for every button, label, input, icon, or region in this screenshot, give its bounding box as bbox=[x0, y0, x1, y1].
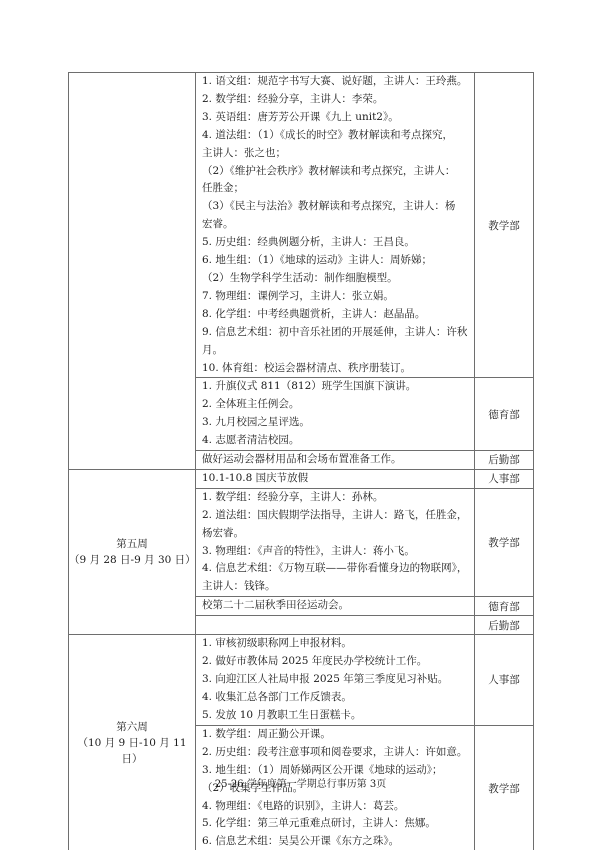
activity-line: 3. 物理组：《声音的特性》，主讲人：蒋小飞。 bbox=[202, 543, 470, 561]
activity-line: 校第二十二届秋季田径运动会。 bbox=[202, 597, 470, 615]
activity-line: 10.1-10.8 国庆节放假 bbox=[202, 470, 470, 488]
activity-line: 10. 体育组：校运会器材清点、秩序册装订。 bbox=[202, 360, 470, 378]
activity-cell bbox=[196, 616, 475, 635]
week-cell: 第六周（10 月 9 日-10 月 11 日） bbox=[69, 635, 196, 850]
activity-line: （2）生物学科学生活动：制作细胞模型。 bbox=[202, 270, 470, 288]
department-cell: 德育部 bbox=[475, 597, 534, 616]
activity-line: （2）《维护社会秩序》教材解读和考点探究，主讲人： bbox=[202, 163, 470, 181]
activity-line: 任胜金； bbox=[202, 180, 470, 198]
activity-cell: 1. 审核初级职称网上申报材料。2. 做好市教体局 2025 年度民办学校统计工… bbox=[196, 635, 475, 726]
activity-line: 2. 数学组：经验分享，主讲人：李荣。 bbox=[202, 91, 470, 109]
activity-line: 4. 信息艺术组：《万物互联——带你看懂身边的物联网》， bbox=[202, 560, 470, 578]
activity-cell: 校第二十二届秋季田径运动会。 bbox=[196, 597, 475, 616]
page-footer: 25-26 学年度第一学期总行事历第 3页 bbox=[0, 775, 601, 790]
activity-line: 6. 信息艺术组：吴昊公开课《东方之珠》。 bbox=[202, 833, 470, 850]
activity-line: 1. 升旗仪式 811（812）班学生国旗下演讲。 bbox=[202, 378, 470, 396]
department-cell: 人事部 bbox=[475, 635, 534, 726]
activity-cell: 1. 升旗仪式 811（812）班学生国旗下演讲。2. 全体班主任例会。3. 九… bbox=[196, 378, 475, 451]
activity-line: 3. 英语组：唐芳芳公开课《九上 unit2》。 bbox=[202, 109, 470, 127]
activity-line: 杨宏睿。 bbox=[202, 525, 470, 543]
activity-line: 2. 做好市教体局 2025 年度民办学校统计工作。 bbox=[202, 653, 470, 671]
activity-line: 3. 向迎江区人社局申报 2025 年第三季度见习补贴。 bbox=[202, 671, 470, 689]
activity-line: 做好运动会器材用品和会场布置准备工作。 bbox=[202, 451, 470, 469]
department-cell: 后勤部 bbox=[475, 451, 534, 470]
activity-line: 1. 审核初级职称网上申报材料。 bbox=[202, 635, 470, 653]
calendar-table: 1. 语文组：规范字书写大赛、说好题，主讲人：王玲燕。2. 数学组：经验分享，主… bbox=[68, 72, 534, 850]
week-date-range: （9 月 28 日-9 月 30 日） bbox=[69, 552, 195, 568]
activity-line: 1. 数学组：经验分享，主讲人：孙林。 bbox=[202, 489, 470, 507]
table-row: 第六周（10 月 9 日-10 月 11 日）1. 审核初级职称网上申报材料。2… bbox=[69, 635, 534, 726]
table-row: 第五周（9 月 28 日-9 月 30 日）10.1-10.8 国庆节放假人事部 bbox=[69, 469, 534, 488]
activity-line: 宏睿。 bbox=[202, 216, 470, 234]
activity-line: 1. 语文组：规范字书写大赛、说好题，主讲人：王玲燕。 bbox=[202, 73, 470, 91]
week-cell: 第五周（9 月 28 日-9 月 30 日） bbox=[69, 469, 196, 634]
activity-cell: 做好运动会器材用品和会场布置准备工作。 bbox=[196, 451, 475, 470]
document-page: 1. 语文组：规范字书写大赛、说好题，主讲人：王玲燕。2. 数学组：经验分享，主… bbox=[0, 0, 601, 850]
activity-line: 1. 数学组：周正勤公开课。 bbox=[202, 726, 470, 744]
department-cell: 教学部 bbox=[475, 73, 534, 378]
activity-line: 8. 化学组：中考经典题赏析，主讲人：赵晶晶。 bbox=[202, 306, 470, 324]
department-cell: 教学部 bbox=[475, 488, 534, 596]
department-cell: 德育部 bbox=[475, 378, 534, 451]
activity-line: 4. 志愿者清洁校园。 bbox=[202, 432, 470, 450]
activity-line: 5. 历史组：经典例题分析，主讲人：王昌良。 bbox=[202, 234, 470, 252]
activity-line: 2. 全体班主任例会。 bbox=[202, 396, 470, 414]
activity-line bbox=[202, 616, 470, 634]
table-row: 1. 语文组：规范字书写大赛、说好题，主讲人：王玲燕。2. 数学组：经验分享，主… bbox=[69, 73, 534, 378]
activity-line: 4. 道法组：（1）《成长的时空》教材解读和考点探究， bbox=[202, 127, 470, 145]
activity-line: 3. 九月校园之星评选。 bbox=[202, 414, 470, 432]
department-cell: 人事部 bbox=[475, 469, 534, 488]
activity-line: （3）《民主与法治》教材解读和考点探究，主讲人：杨 bbox=[202, 198, 470, 216]
activity-line: 主讲人：钱锋。 bbox=[202, 578, 470, 596]
activity-cell: 10.1-10.8 国庆节放假 bbox=[196, 469, 475, 488]
week-date-range: （10 月 9 日-10 月 11 日） bbox=[69, 735, 195, 767]
activity-line: 主讲人：张之也； bbox=[202, 145, 470, 163]
activity-line: 2. 历史组：段考注意事项和阅卷要求，主讲人：许如意。 bbox=[202, 744, 470, 762]
activity-cell: 1. 数学组：经验分享，主讲人：孙林。2. 道法组：国庆假期学法指导，主讲人：路… bbox=[196, 488, 475, 596]
week-cell bbox=[69, 73, 196, 470]
activity-line: 7. 物理组：课例学习，主讲人：张立娟。 bbox=[202, 288, 470, 306]
activity-line: 6. 地生组：（1）《地球的运动》主讲人：周娇娣； bbox=[202, 252, 470, 270]
week-name: 第五周 bbox=[69, 536, 195, 552]
activity-line: 4. 物理组：《电路的识别》，主讲人：葛芸。 bbox=[202, 798, 470, 816]
activity-line: 9. 信息艺术组：初中音乐社团的开展延伸，主讲人：许秋 bbox=[202, 324, 470, 342]
activity-line: 2. 道法组：国庆假期学法指导，主讲人：路飞，任胜金， bbox=[202, 507, 470, 525]
activity-cell: 1. 语文组：规范字书写大赛、说好题，主讲人：王玲燕。2. 数学组：经验分享，主… bbox=[196, 73, 475, 378]
activity-line: 5. 发放 10 月教职工生日蛋糕卡。 bbox=[202, 707, 470, 725]
activity-line: 5. 化学组：第三单元重难点研讨，主讲人：焦娜。 bbox=[202, 815, 470, 833]
activity-line: 月。 bbox=[202, 342, 470, 360]
department-cell: 后勤部 bbox=[475, 616, 534, 635]
week-name: 第六周 bbox=[69, 719, 195, 735]
activity-line: 4. 收集汇总各部门工作反馈表。 bbox=[202, 689, 470, 707]
